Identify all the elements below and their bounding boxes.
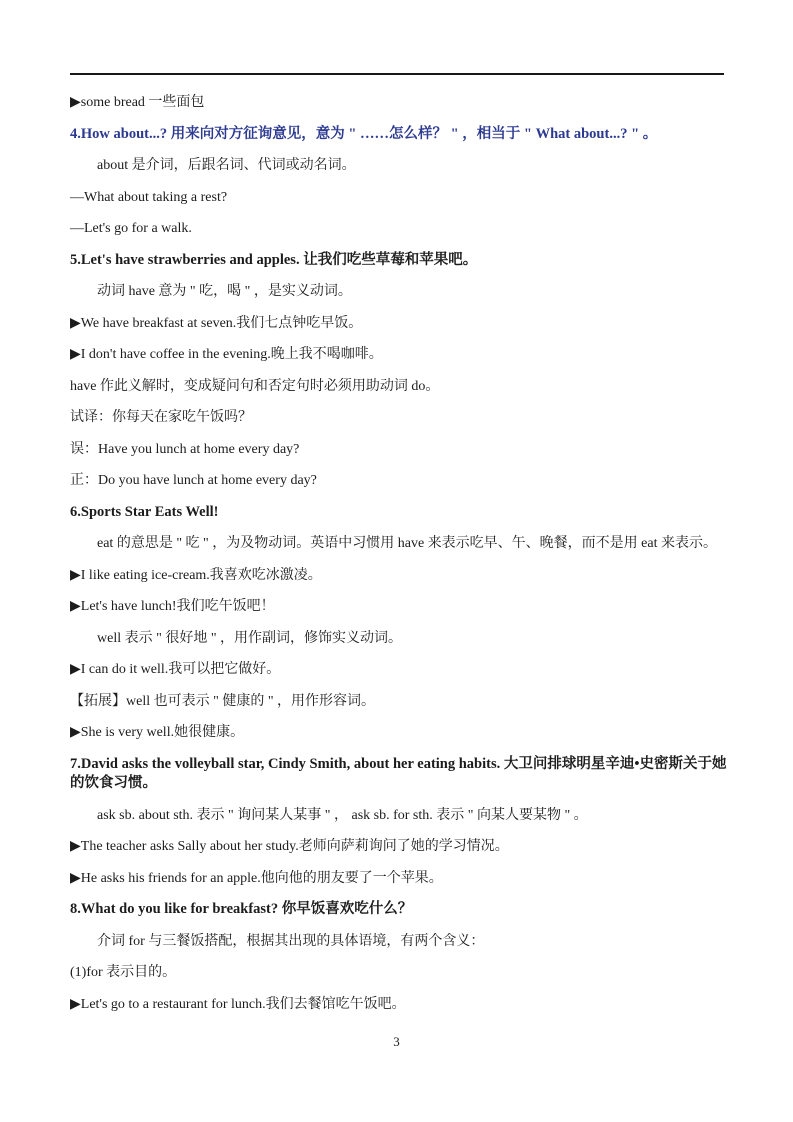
note-well-extension: 【拓展】well 也可表示 " 健康的 " ，用作形容词。	[70, 692, 727, 712]
note-well-adverb: well 表示 " 很好地 " ，用作副词，修饰实义动词。	[70, 629, 727, 649]
try-translate-line: 试译：你每天在家吃午饭吗？	[70, 408, 727, 428]
dialog-line-1: —What about taking a rest?	[70, 188, 727, 208]
note-about-preposition: about 是介词，后跟名词、代词或动名词。	[70, 156, 727, 176]
heading-item-7: 7.David asks the volleyball star, Cindy …	[70, 755, 727, 794]
example-no-coffee: ▶I don't have coffee in the evening.晚上我不…	[70, 345, 727, 365]
example-lets-have-lunch: ▶Let's have lunch!我们吃午饭吧！	[70, 597, 727, 617]
note-have-meaning: 动词 have 意为 " 吃，喝 " ，是实义动词。	[70, 282, 727, 302]
document-body: ▶some bread 一些面包 4.How about...? 用来向对方征询…	[70, 93, 727, 1026]
page-number: 3	[0, 1034, 793, 1050]
heading-item-4: 4.How about...? 用来向对方征询意见，意为 " ……怎么样？ " …	[70, 125, 727, 145]
example-she-is-well: ▶She is very well.她很健康。	[70, 723, 727, 743]
header-rule	[70, 73, 724, 75]
wrong-sentence-line: 误：Have you lunch at home every day?	[70, 440, 727, 460]
note-for-meaning: 介词 for 与三餐饭搭配，根据其出现的具体语境，有两个含义：	[70, 932, 727, 952]
dialog-line-2: —Let's go for a walk.	[70, 219, 727, 239]
document-page: ▶some bread 一些面包 4.How about...? 用来向对方征询…	[0, 0, 793, 1122]
example-do-it-well: ▶I can do it well.我可以把它做好。	[70, 660, 727, 680]
note-for-purpose: (1)for 表示目的。	[70, 963, 727, 983]
example-asks-for-apple: ▶He asks his friends for an apple.他向他的朋友…	[70, 869, 727, 889]
example-restaurant-for-lunch: ▶Let's go to a restaurant for lunch.我们去餐…	[70, 995, 727, 1015]
heading-item-6: 6.Sports Star Eats Well!	[70, 503, 727, 523]
example-breakfast-at-seven: ▶We have breakfast at seven.我们七点钟吃早饭。	[70, 314, 727, 334]
note-have-aux-do: have 作此义解时，变成疑问句和否定句时必须用助动词 do。	[70, 377, 727, 397]
example-some-bread: ▶some bread 一些面包	[70, 93, 727, 113]
note-ask-usage: ask sb. about sth. 表示 " 询问某人某事 " ， ask s…	[70, 806, 727, 826]
heading-item-5: 5.Let's have strawberries and apples. 让我…	[70, 251, 727, 271]
heading-item-8: 8.What do you like for breakfast? 你早饭喜欢吃…	[70, 900, 727, 920]
right-sentence-line: 正：Do you have lunch at home every day?	[70, 471, 727, 491]
note-eat-meaning: eat 的意思是 " 吃 " ，为及物动词。英语中习惯用 have 来表示吃早、…	[70, 534, 727, 554]
example-ice-cream: ▶I like eating ice-cream.我喜欢吃冰激凌。	[70, 566, 727, 586]
example-teacher-asks-sally: ▶The teacher asks Sally about her study.…	[70, 837, 727, 857]
